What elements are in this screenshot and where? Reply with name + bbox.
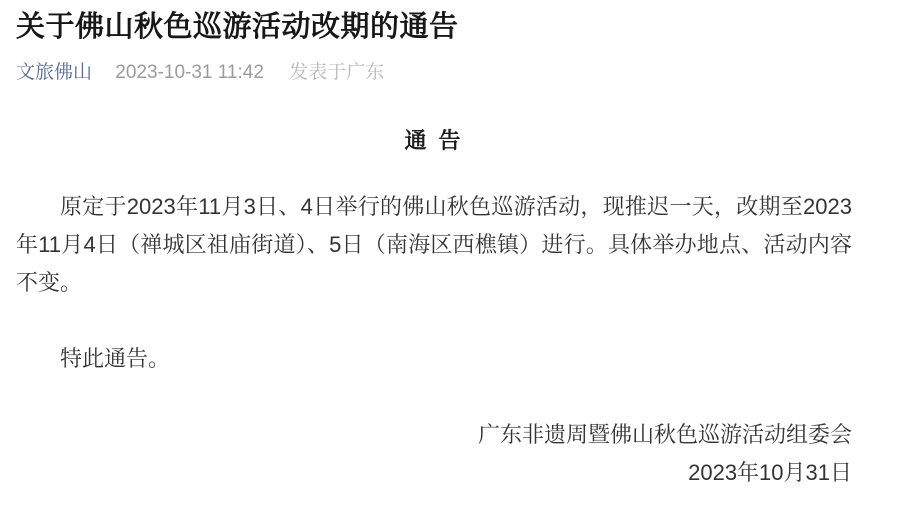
signature-date: 2023年10月31日 [16,454,852,492]
article-meta: 文旅佛山 2023-10-31 11:42 发表于广东 [16,60,852,86]
notice-main-paragraph: 原定于2023年11月3日、4日举行的佛山秋色巡游活动，现推迟一天，改期至202… [16,188,852,302]
account-name-link[interactable]: 文旅佛山 [16,62,92,83]
signature-block: 广东非遗周暨佛山秋色巡游活动组委会 2023年10月31日 [16,416,852,492]
article-title: 关于佛山秋色巡游活动改期的通告 [16,8,852,46]
signature-organization: 广东非遗周暨佛山秋色巡游活动组委会 [16,416,852,454]
article-page: 关于佛山秋色巡游活动改期的通告 文旅佛山 2023-10-31 11:42 发表… [0,0,900,532]
notice-heading: 通 告 [16,122,852,160]
article-body: 通 告 原定于2023年11月3日、4日举行的佛山秋色巡游活动，现推迟一天，改期… [16,122,852,492]
publish-location: 发表于广东 [289,62,384,83]
publish-timestamp: 2023-10-31 11:42 [115,62,264,83]
notice-closing-paragraph: 特此通告。 [16,340,852,378]
